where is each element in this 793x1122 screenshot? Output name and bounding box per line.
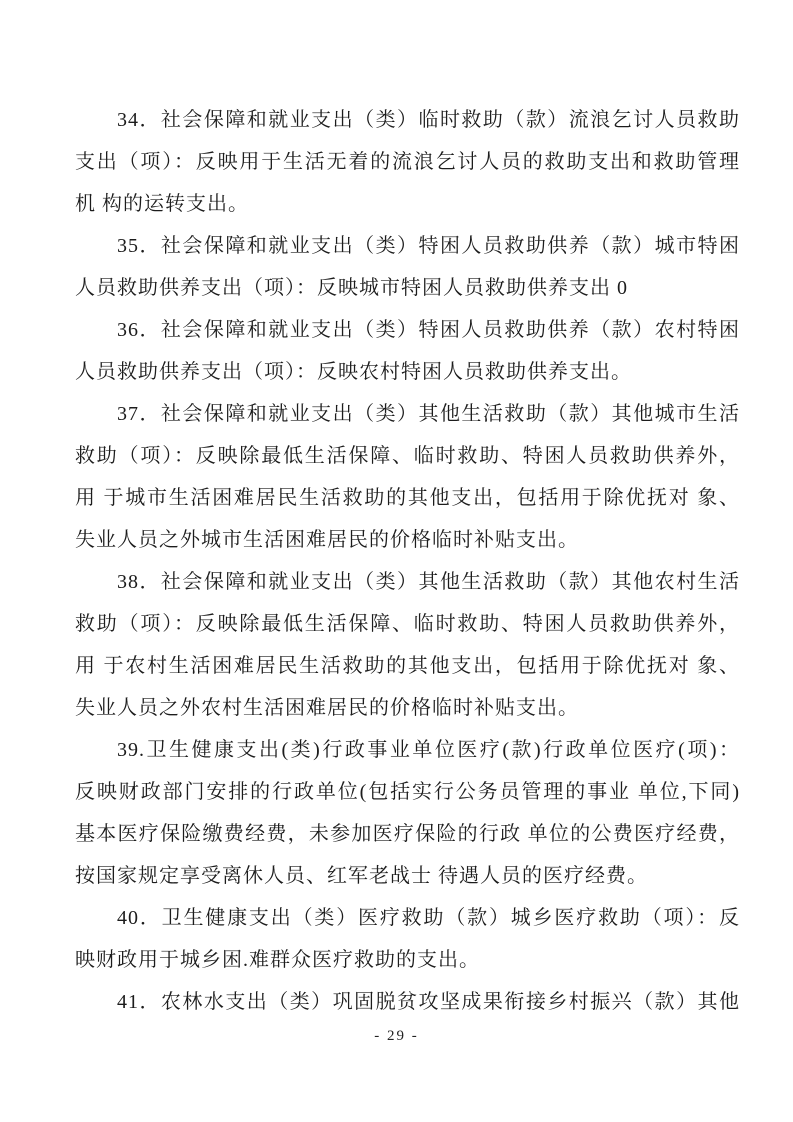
paragraph-line: 基本医疗保险缴费经费，未参加医疗保险的行政 单位的公费医疗经费， <box>75 813 740 855</box>
paragraph-line: 38．社会保障和就业支出（类）其他生活救助（款）其他农村生活 <box>75 561 740 603</box>
paragraph-line: 按国家规定享受离休人员、红军老战士 待遇人员的医疗经费。 <box>75 855 740 897</box>
paragraph-line: 反映财政部门安排的行政单位(包括实行公务员管理的事业 单位,下同) <box>75 771 740 813</box>
paragraph-line: 机 构的运转支出。 <box>75 183 740 225</box>
page-number: - 29 - <box>0 1028 793 1045</box>
paragraph-line: 救助（项）：反映除最低生活保障、临时救助、特困人员救助供养外， <box>75 435 740 477</box>
paragraph-line: 支出（项）：反映用于生活无着的流浪乞讨人员的救助支出和救助管理 <box>75 141 740 183</box>
paragraph-line: 失业人员之外城市生活困难居民的价格临时补贴支出。 <box>75 519 740 561</box>
paragraph-line: 救助（项）：反映除最低生活保障、临时救助、特困人员救助供养外， <box>75 603 740 645</box>
paragraph-line: 人员救助供养支出（项）：反映城市特困人员救助供养支出 0 <box>75 267 740 309</box>
paragraph-line: 映财政用于城乡困.难群众医疗救助的支出。 <box>75 939 740 981</box>
paragraph-34: 34．社会保障和就业支出（类）临时救助（款）流浪乞讨人员救助 支出（项）：反映用… <box>75 99 740 225</box>
document-page: 34．社会保障和就业支出（类）临时救助（款）流浪乞讨人员救助 支出（项）：反映用… <box>0 0 793 1122</box>
paragraph-line: 41．农林水支出（类）巩固脱贫攻坚成果衔接乡村振兴（款）其他 <box>75 981 740 1023</box>
paragraph-line: 人员救助供养支出（项）：反映农村特困人员救助供养支出。 <box>75 351 740 393</box>
paragraph-line: 35．社会保障和就业支出（类）特困人员救助供养（款）城市特困 <box>75 225 740 267</box>
paragraph-41: 41．农林水支出（类）巩固脱贫攻坚成果衔接乡村振兴（款）其他 <box>75 981 740 1023</box>
paragraph-line: 39.卫生健康支出(类)行政事业单位医疗(款)行政单位医疗(项)： <box>75 729 740 771</box>
paragraph-line: 37．社会保障和就业支出（类）其他生活救助（款）其他城市生活 <box>75 393 740 435</box>
paragraph-line: 40．卫生健康支出（类）医疗救助（款）城乡医疗救助（项）：反 <box>75 897 740 939</box>
paragraph-line: 36．社会保障和就业支出（类）特困人员救助供养（款）农村特困 <box>75 309 740 351</box>
paragraph-39: 39.卫生健康支出(类)行政事业单位医疗(款)行政单位医疗(项)： 反映财政部门… <box>75 729 740 897</box>
paragraph-36: 36．社会保障和就业支出（类）特困人员救助供养（款）农村特困 人员救助供养支出（… <box>75 309 740 393</box>
paragraph-line: 34．社会保障和就业支出（类）临时救助（款）流浪乞讨人员救助 <box>75 99 740 141</box>
paragraph-35: 35．社会保障和就业支出（类）特困人员救助供养（款）城市特困 人员救助供养支出（… <box>75 225 740 309</box>
paragraph-line: 用 于城市生活困难居民生活救助的其他支出，包括用于除优抚对 象、 <box>75 477 740 519</box>
paragraph-line: 失业人员之外农村生活困难居民的价格临时补贴支出。 <box>75 687 740 729</box>
paragraph-38: 38．社会保障和就业支出（类）其他生活救助（款）其他农村生活 救助（项）：反映除… <box>75 561 740 729</box>
document-body: 34．社会保障和就业支出（类）临时救助（款）流浪乞讨人员救助 支出（项）：反映用… <box>75 99 740 1023</box>
paragraph-37: 37．社会保障和就业支出（类）其他生活救助（款）其他城市生活 救助（项）：反映除… <box>75 393 740 561</box>
paragraph-line: 用 于农村生活困难居民生活救助的其他支出，包括用于除优抚对 象、 <box>75 645 740 687</box>
paragraph-40: 40．卫生健康支出（类）医疗救助（款）城乡医疗救助（项）：反 映财政用于城乡困.… <box>75 897 740 981</box>
